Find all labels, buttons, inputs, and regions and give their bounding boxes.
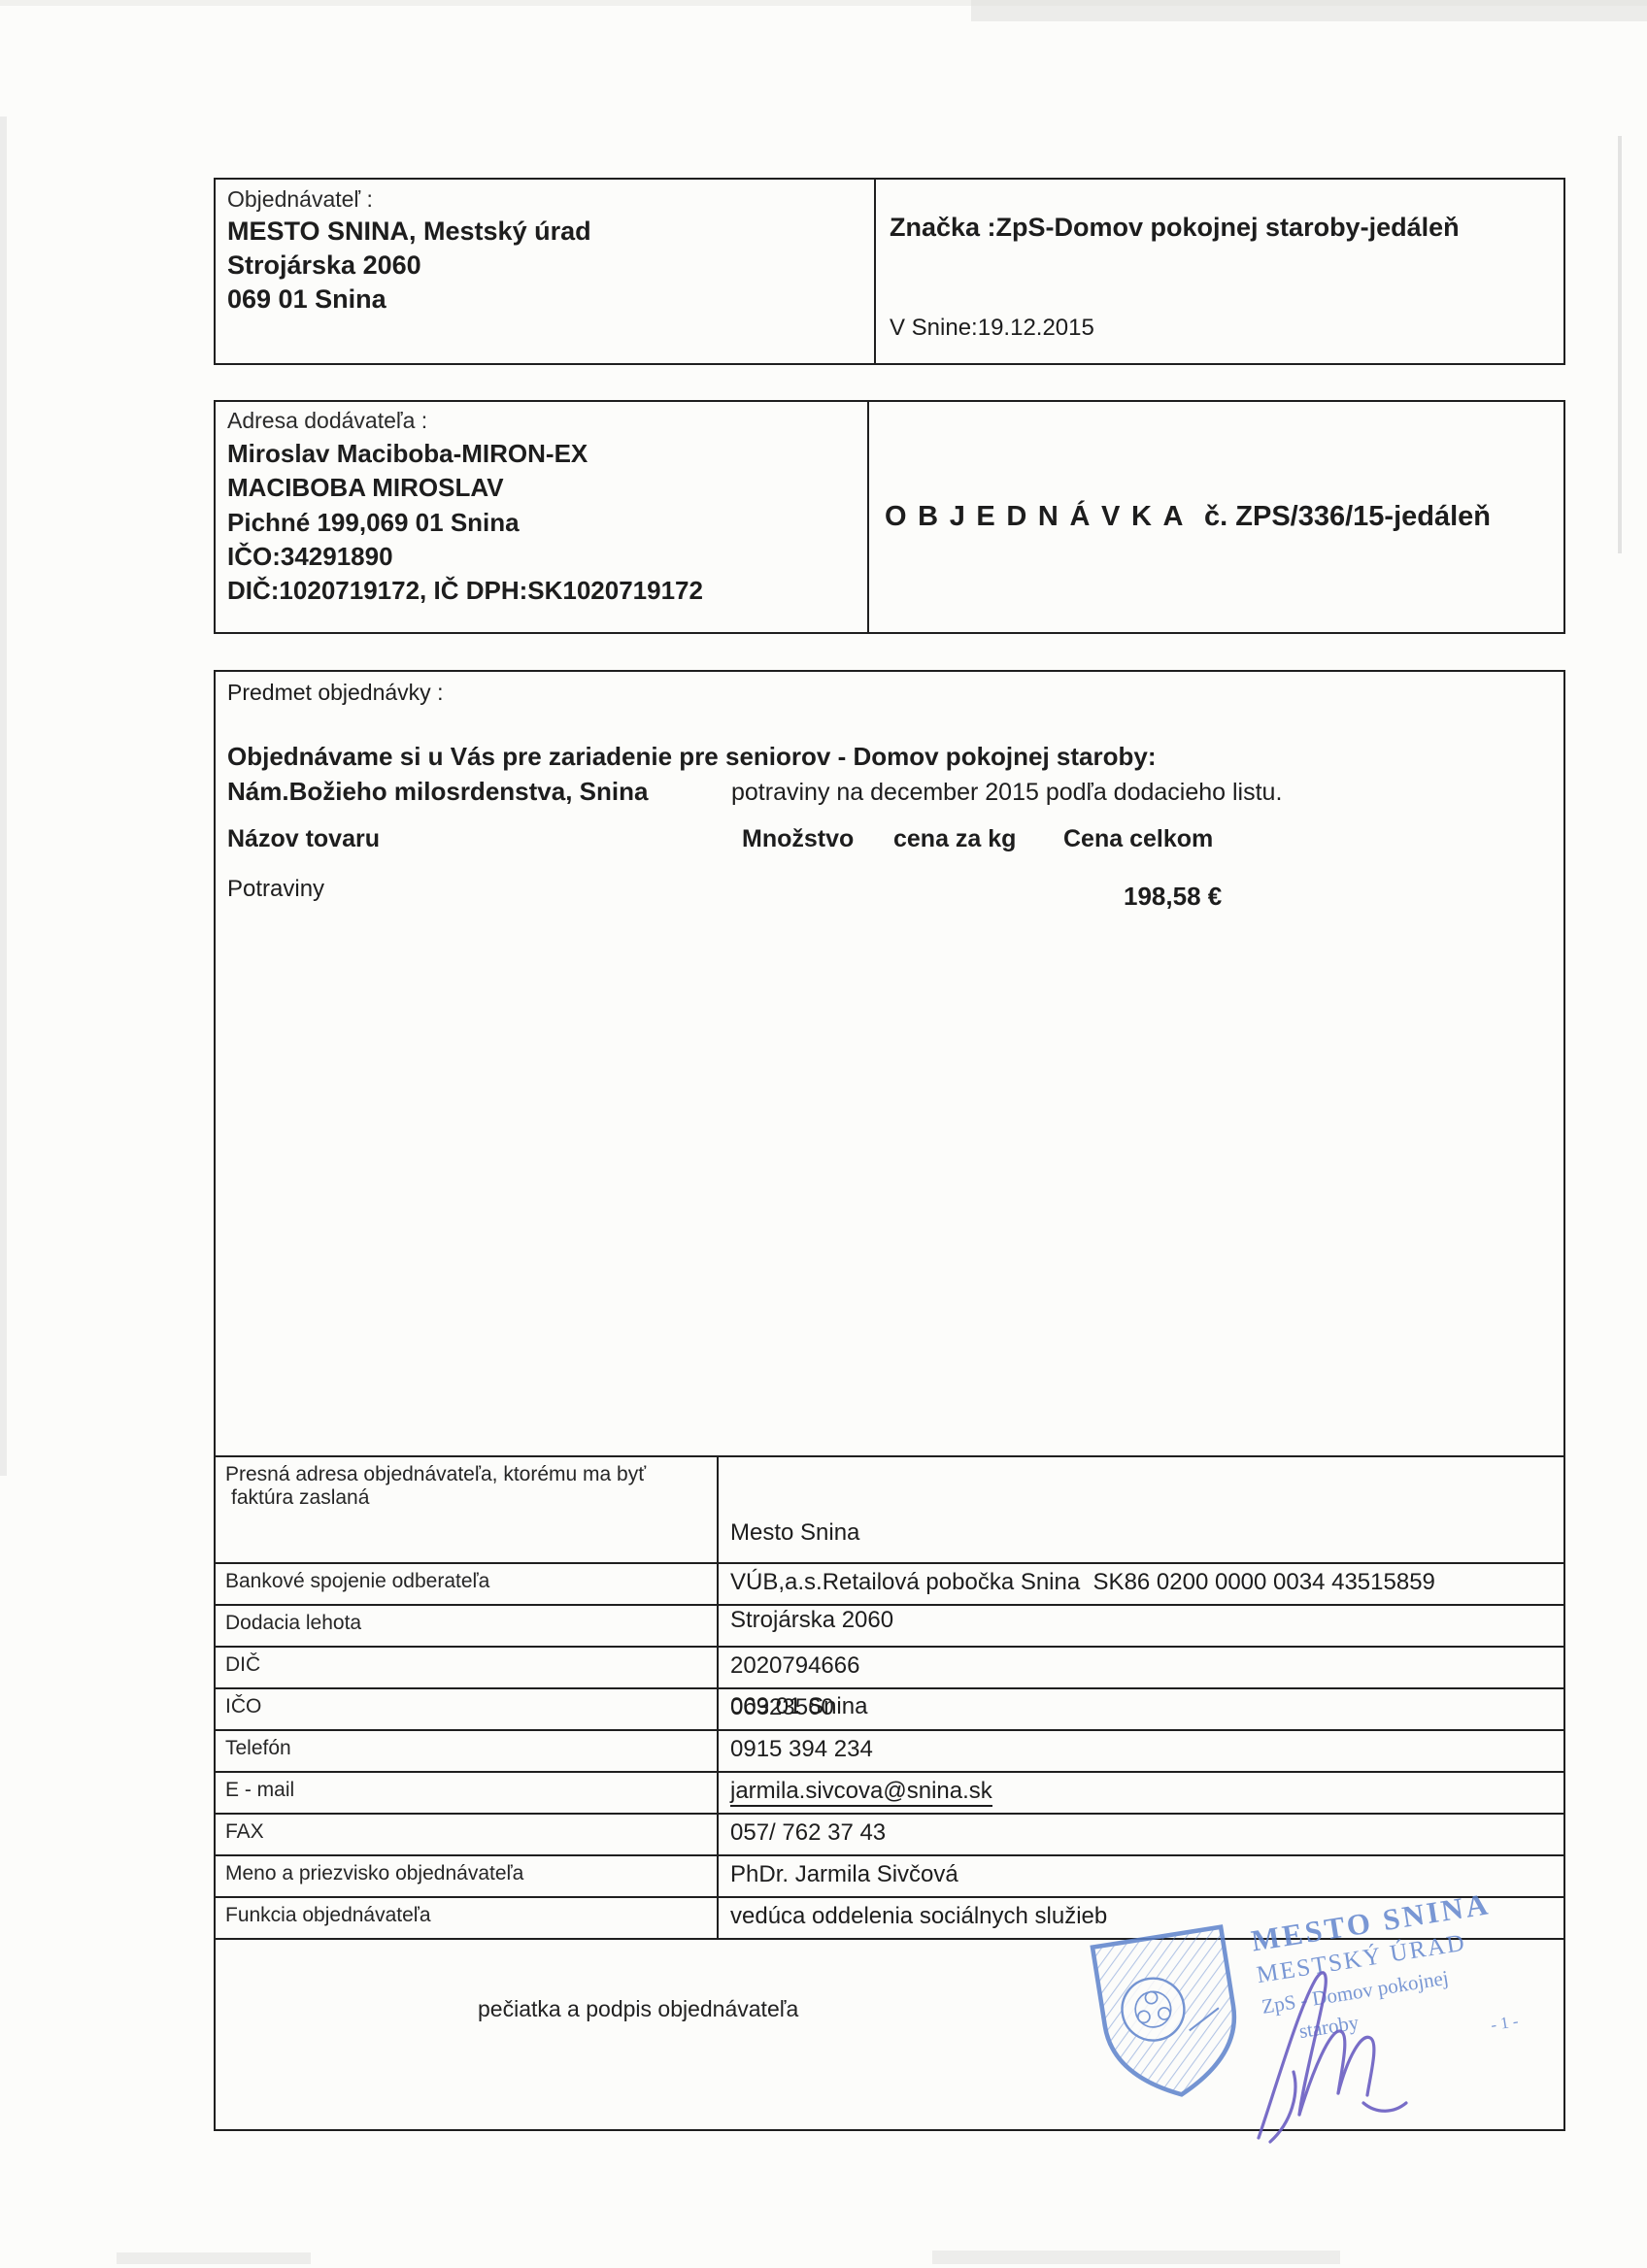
scan-artifact [971, 0, 1647, 21]
email-label: E - mail [216, 1773, 717, 1813]
supplier-cell: Adresa dodávateľa : Miroslav Maciboba-MI… [216, 402, 867, 632]
orderer-person-value: PhDr. Jarmila Sivčová [717, 1856, 1563, 1896]
bank-value: VÚB,a.s.Retailová pobočka Snina SK86 020… [717, 1564, 1563, 1604]
reference-mark: Značka :ZpS-Domov pokojnej staroby-jedál… [890, 213, 1550, 243]
handwritten-signature [1241, 1948, 1455, 2151]
orderer-label: Objednávateľ : [227, 186, 862, 213]
order-intro-detail: potraviny na december 2015 podľa dodacie… [731, 779, 1282, 807]
orderer-details-table: Presná adresa objednávateľa, ktorému ma … [216, 1455, 1563, 1940]
supplier-name: Miroslav Maciboba-MIRON-EX [227, 437, 856, 471]
billing-label-line2: faktúra zaslaná [225, 1486, 707, 1510]
column-header-unit-price: cena za kg [893, 825, 1016, 853]
table-row: Telefón 0915 394 234 [216, 1731, 1563, 1773]
orderer-city: 069 01 Snina [227, 283, 862, 317]
item-total-price: 198,58 € [1124, 882, 1222, 912]
reference-cell: Značka :ZpS-Domov pokojnej staroby-jedál… [874, 180, 1563, 363]
bank-label: Bankové spojenie odberateľa [216, 1564, 717, 1604]
table-row: Dodacia lehota [216, 1606, 1563, 1648]
scanned-order-document: Objednávateľ : MESTO SNINA, Mestský úrad… [0, 0, 1647, 2268]
scan-artifact [932, 2251, 1340, 2264]
table-row: DIČ 2020794666 [216, 1648, 1563, 1689]
order-title: OBJEDNÁVKA [885, 501, 1194, 533]
orderer-street: Strojárska 2060 [227, 249, 862, 283]
stamp-caption: pečiatka a podpis objednávateľa [478, 1996, 798, 2022]
phone-value: 0915 394 234 [717, 1731, 1563, 1771]
email-cell: jarmila.sivcova@snina.sk [717, 1773, 1563, 1813]
subject-label: Predmet objednávky : [227, 680, 443, 706]
billing-value-line1: Mesto Snina [730, 1517, 1554, 1550]
order-intro-location: Nám.Božieho milosrdenstva, Snina [227, 777, 648, 807]
fax-value: 057/ 762 37 43 [717, 1815, 1563, 1854]
dic-label: DIČ [216, 1648, 717, 1687]
order-intro-line1: Objednávame si u Vás pre zariadenie pre … [227, 742, 1157, 772]
orderer-person-label: Meno a priezvisko objednávateľa [216, 1856, 717, 1896]
table-row: Meno a priezvisko objednávateľa PhDr. Ja… [216, 1856, 1563, 1898]
orderer-reference-box: Objednávateľ : MESTO SNINA, Mestský úrad… [214, 178, 1565, 365]
email-link[interactable]: jarmila.sivcova@snina.sk [730, 1778, 992, 1807]
supplier-dic: DIČ:1020719172, IČ DPH:SK1020719172 [227, 574, 856, 608]
table-row: FAX 057/ 762 37 43 [216, 1815, 1563, 1856]
delivery-term-label: Dodacia lehota [216, 1606, 717, 1646]
coat-of-arms-shield-icon [1083, 1919, 1256, 2114]
supplier-order-box: Adresa dodávateľa : Miroslav Maciboba-MI… [214, 400, 1565, 634]
billing-address-label: Presná adresa objednávateľa, ktorému ma … [216, 1457, 717, 1562]
table-row: IČO 00323560 [216, 1689, 1563, 1731]
table-row: E - mail jarmila.sivcova@snina.sk [216, 1773, 1563, 1815]
scan-artifact [1618, 136, 1622, 553]
item-name: Potraviny [227, 876, 324, 903]
scan-artifact [117, 2252, 311, 2264]
table-row: Presná adresa objednávateľa, ktorému ma … [216, 1457, 1563, 1564]
billing-label-line1: Presná adresa objednávateľa, ktorému ma … [225, 1463, 707, 1486]
supplier-label: Adresa dodávateľa : [227, 408, 856, 434]
place-and-date: V Snine:19.12.2015 [890, 315, 1094, 342]
supplier-ico: IČO:34291890 [227, 540, 856, 574]
orderer-role-label: Funkcia objednávateľa [216, 1898, 717, 1938]
delivery-term-value [717, 1606, 1563, 1646]
supplier-name2: MACIBOBA MIROSLAV [227, 471, 856, 505]
scan-artifact [0, 117, 7, 1476]
ico-value: 00323560 [717, 1689, 1563, 1729]
official-stamp: MESTO SNINA MESTSKÝ ÚRAD ZpS - Domov pok… [1095, 1918, 1552, 2161]
supplier-address: Pichné 199,069 01 Snina [227, 506, 856, 540]
column-header-total: Cena celkom [1063, 825, 1213, 853]
table-row: Bankové spojenie odberateľa VÚB,a.s.Reta… [216, 1564, 1563, 1606]
phone-label: Telefón [216, 1731, 717, 1771]
ico-label: IČO [216, 1689, 717, 1729]
orderer-cell: Objednávateľ : MESTO SNINA, Mestský úrad… [216, 180, 874, 363]
order-number: č. ZPS/336/15-jedáleň [1204, 501, 1491, 533]
fax-label: FAX [216, 1815, 717, 1854]
dic-value: 2020794666 [717, 1648, 1563, 1687]
billing-address-value: Mesto Snina Strojárska 2060 069 01 Snina [717, 1457, 1563, 1562]
orderer-name: MESTO SNINA, Mestský úrad [227, 215, 862, 249]
column-header-quantity: Množstvo [742, 825, 854, 853]
column-header-name: Názov tovaru [227, 825, 380, 853]
order-number-cell: OBJEDNÁVKA č. ZPS/336/15-jedáleň [867, 402, 1563, 632]
